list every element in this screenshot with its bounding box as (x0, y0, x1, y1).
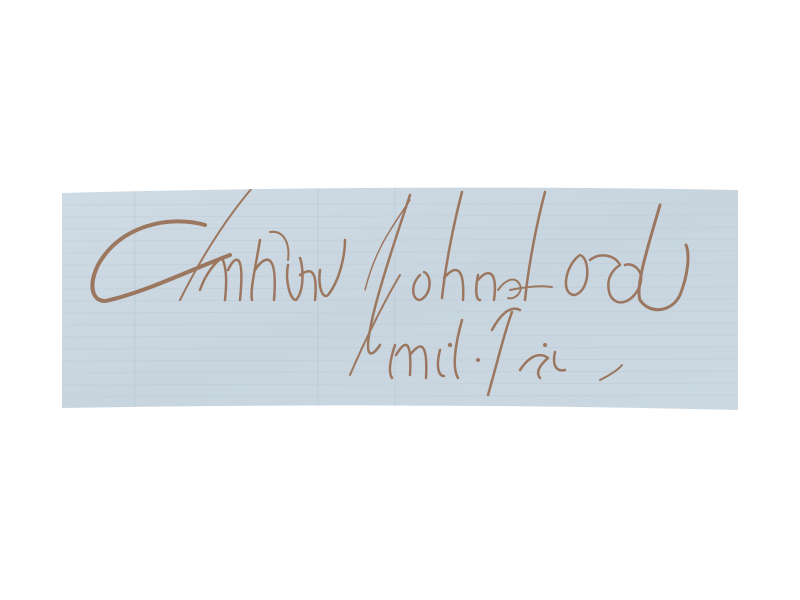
signature-photo (0, 0, 800, 600)
signature-svg (0, 0, 800, 600)
